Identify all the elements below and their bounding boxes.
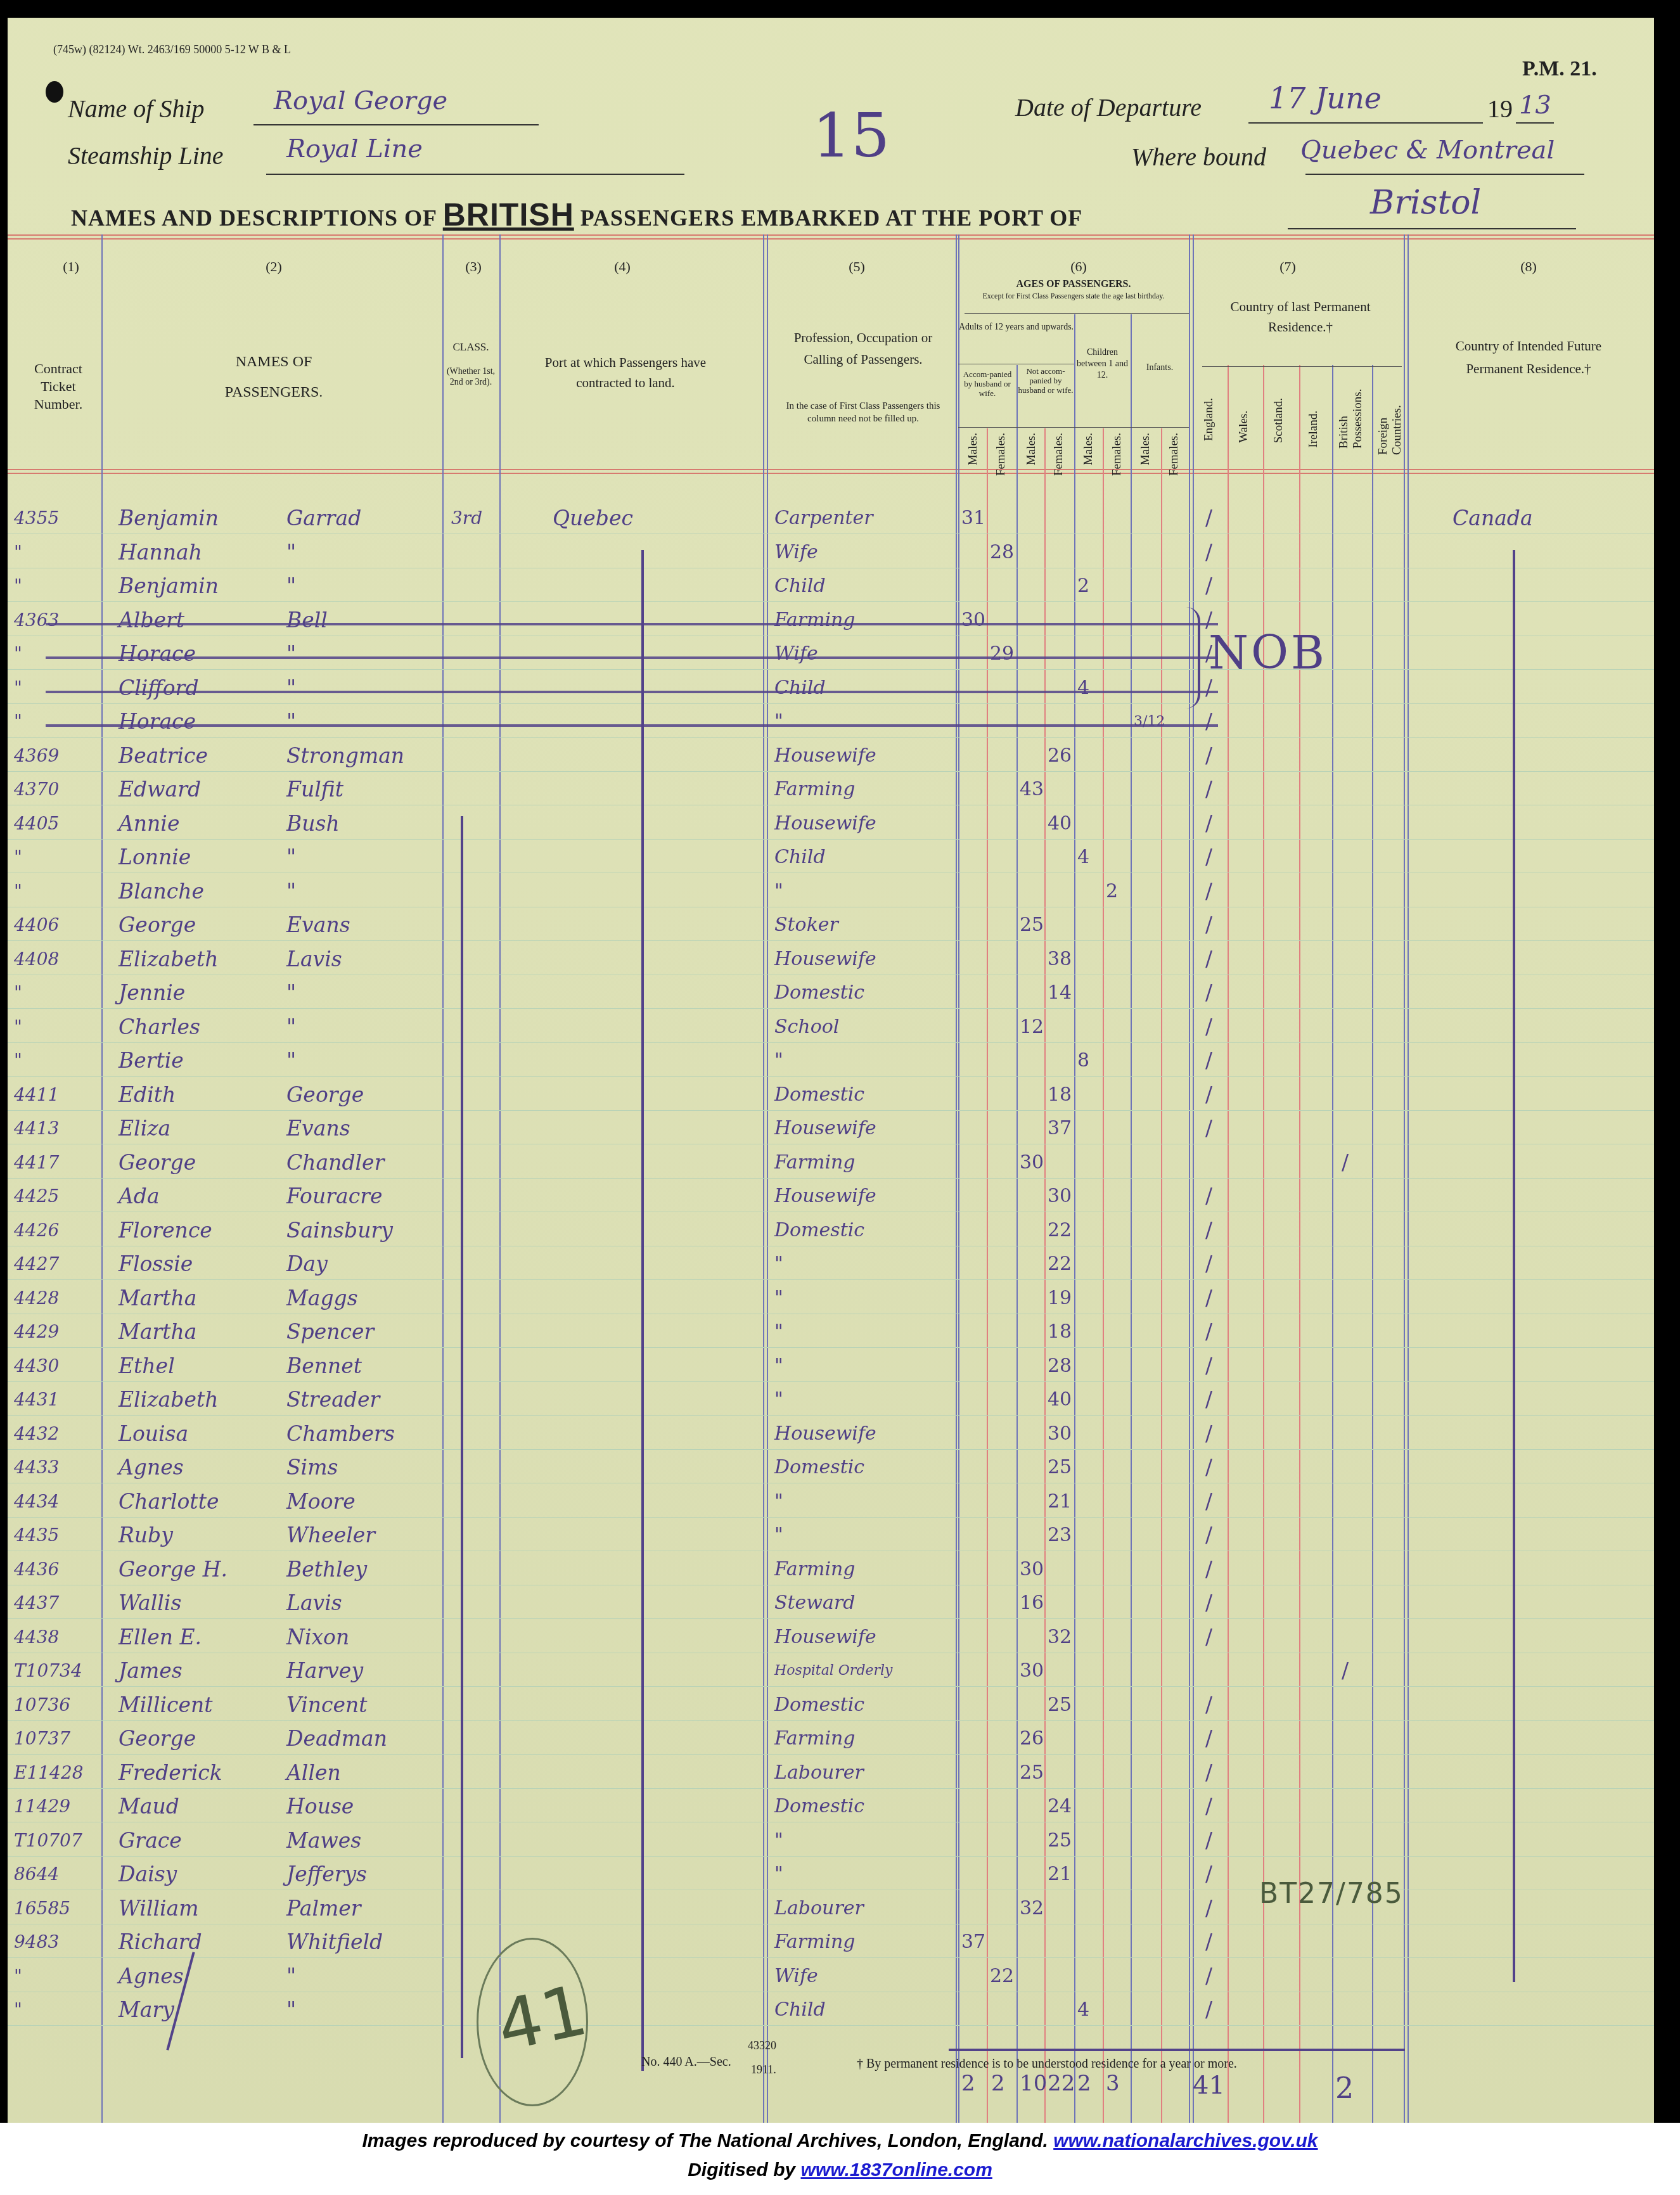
1837online-link[interactable]: www.1837online.com — [801, 2160, 992, 2180]
ticket-number: 9483 — [14, 1929, 59, 1955]
residence-mark: / — [1205, 743, 1212, 769]
occupation: " — [774, 1353, 783, 1379]
passenger-last-name: Harvey — [286, 1658, 363, 1684]
page-number-handwritten: 15 — [812, 100, 890, 171]
age-total: 2 — [991, 2071, 1005, 2096]
children-label: Children between 1 and 12. — [1074, 347, 1131, 381]
residence-mark: / — [1205, 709, 1212, 734]
passenger-first-name: Bertie — [119, 1048, 184, 1073]
passenger-last-name: Jefferys — [286, 1862, 367, 1887]
col7-rule — [1202, 366, 1402, 367]
age-sub-0: Males. — [966, 433, 980, 465]
ticket-number: 4432 — [14, 1421, 59, 1447]
passenger-age: 4 — [1077, 1997, 1089, 2023]
passenger-age: 25 — [1048, 1828, 1072, 1853]
col6-subtitle: Except for First Class Passengers state … — [961, 291, 1186, 301]
occupation: Wife — [774, 641, 818, 667]
passenger-age: 25 — [1048, 1455, 1072, 1480]
passenger-last-name: " — [286, 1014, 296, 1040]
residence-mark: / — [1205, 777, 1212, 802]
residence-mark: / — [1205, 1082, 1212, 1108]
passenger-last-name: Bennet — [286, 1353, 362, 1379]
passenger-last-name: " — [286, 845, 296, 870]
ditto-line-port — [641, 550, 644, 2071]
residence-mark: / — [1205, 540, 1212, 565]
row-rule — [8, 1856, 1654, 1857]
passenger-age: 30 — [1048, 1184, 1072, 1209]
occupation: " — [774, 1828, 783, 1853]
residence-mark: / — [1205, 1048, 1212, 1073]
passenger-age: 14 — [1048, 980, 1072, 1006]
passenger-last-name: " — [286, 980, 296, 1006]
row-rule — [8, 1720, 1654, 1721]
row-rule — [8, 636, 1654, 636]
age-rule — [1074, 314, 1075, 2123]
passenger-age: 30 — [1020, 1150, 1044, 1175]
row-rule — [8, 839, 1654, 840]
age-rule — [987, 428, 988, 2123]
name-of-ship-line — [253, 124, 539, 125]
circled-count-value: 41 — [490, 1969, 594, 2067]
ticket-number: 4425 — [14, 1184, 59, 1209]
col2-divider — [442, 234, 444, 2123]
passenger-last-name: Deadman — [286, 1726, 387, 1751]
age-sub-1: Females. — [994, 433, 1008, 476]
residence-mark: / — [1205, 947, 1212, 972]
col7-number: (7) — [1262, 259, 1313, 275]
occupation: Domestic — [774, 1082, 864, 1108]
occupation: Farming — [774, 777, 856, 802]
passenger-first-name: Jennie — [119, 980, 185, 1006]
occupation: Child — [774, 1997, 826, 2023]
row-rule — [8, 1992, 1654, 1992]
ticket-number: 4429 — [14, 1319, 59, 1345]
col5-label: Profession, Occupation or Calling of Pas… — [774, 327, 952, 370]
ticket-number: 16585 — [14, 1896, 70, 1921]
row-rule — [8, 1144, 1654, 1144]
strike-through — [46, 623, 1218, 625]
passenger-first-name: Agnes — [119, 1964, 184, 1989]
occupation: Housewife — [774, 1184, 876, 1209]
ditto-line-future — [1513, 550, 1515, 1982]
occupation: " — [774, 1862, 783, 1887]
passenger-age: 30 — [1020, 1658, 1044, 1684]
occupation: " — [774, 1489, 783, 1514]
residence-mark: / — [1205, 1455, 1212, 1480]
occupation: Farming — [774, 1150, 856, 1175]
passenger-last-name: House — [286, 1794, 354, 1819]
passenger-first-name: Martha — [119, 1286, 196, 1311]
passenger-age: 16 — [1020, 1590, 1044, 1616]
ticket-number: 4437 — [14, 1590, 59, 1616]
ticket-number: T10734 — [14, 1658, 82, 1684]
residence-mark: / — [1205, 1760, 1212, 1786]
col8-number: (8) — [1503, 259, 1554, 275]
ticket-number: 10737 — [14, 1726, 70, 1751]
occupation: School — [774, 1014, 839, 1040]
occupation: Wife — [774, 540, 818, 565]
occupation: Hospital Orderly — [774, 1658, 892, 1684]
res-sub-2: Scotland. — [1272, 398, 1286, 443]
row-rule — [8, 1618, 1654, 1619]
residence-mark: / — [1205, 1557, 1212, 1582]
row-rule — [8, 1042, 1654, 1043]
passenger-first-name: Elizabeth — [119, 947, 218, 972]
ticket-number: 4436 — [14, 1557, 59, 1582]
credits-line1-text: Images reproduced by courtesy of The Nat… — [362, 2130, 1048, 2151]
col7-label: Country of last Permanent Residence.† — [1199, 297, 1402, 337]
col3-number: (3) — [451, 259, 496, 275]
row-rule — [8, 1381, 1654, 1382]
passenger-first-name: Blanche — [119, 879, 204, 904]
passenger-first-name: Mary — [119, 1997, 174, 2023]
national-archives-link[interactable]: www.nationalarchives.gov.uk — [1053, 2130, 1318, 2151]
row-rule — [8, 1347, 1654, 1348]
age-rule — [1103, 428, 1104, 2123]
occupation: " — [774, 1523, 783, 1548]
passenger-first-name: James — [119, 1658, 183, 1684]
passenger-age: 21 — [1048, 1489, 1072, 1514]
passenger-last-name: Fouracre — [286, 1184, 382, 1209]
age-rule — [1044, 428, 1046, 2123]
occupation: Farming — [774, 1929, 856, 1955]
steamship-line-line — [266, 174, 684, 175]
age-sub-5: Females. — [1110, 433, 1124, 476]
passenger-first-name: Ethel — [119, 1353, 175, 1379]
passenger-last-name: Whitfield — [286, 1929, 383, 1955]
occupation: " — [774, 1319, 783, 1345]
age-sub-4: Males. — [1082, 433, 1096, 465]
occupation: Child — [774, 845, 826, 870]
ticket-number: " — [14, 1014, 22, 1040]
occupation: Housewife — [774, 1116, 876, 1141]
passenger-last-name: " — [286, 641, 296, 667]
ticket-number: 4433 — [14, 1455, 59, 1480]
age-total: 3 — [1106, 2071, 1120, 2096]
print-code: (745w) (82124) Wt. 2463/169 50000 5-12 W… — [53, 43, 291, 56]
col3-sub: (Whether 1st, 2nd or 3rd). — [444, 366, 498, 388]
passenger-age: 25 — [1020, 912, 1044, 938]
col6-divider-2 — [1193, 234, 1194, 2123]
passenger-last-name: Evans — [286, 912, 350, 938]
passenger-last-name: Bethley — [286, 1557, 367, 1582]
residence-mark: / — [1205, 1421, 1212, 1447]
occupation: Housewife — [774, 743, 876, 769]
ticket-number: 8644 — [14, 1862, 59, 1887]
passenger-last-name: Allen — [286, 1760, 341, 1786]
ticket-number: 4406 — [14, 912, 59, 938]
occupation: Domestic — [774, 1455, 864, 1480]
passenger-last-name: " — [286, 540, 296, 565]
residence-mark: / — [1205, 1387, 1212, 1412]
passenger-first-name: Horace — [119, 709, 196, 734]
date-of-departure-label: Date of Departure — [1015, 93, 1202, 122]
residence-mark: / — [1205, 1523, 1212, 1548]
age-total: 2 — [961, 2071, 975, 2096]
res-sub-4: British Possessions. — [1337, 373, 1369, 449]
ticket-number: 4405 — [14, 811, 59, 836]
res-rule — [1332, 365, 1333, 2123]
res-sub-1: Wales. — [1237, 411, 1251, 443]
passenger-last-name: Sainsbury — [286, 1218, 393, 1243]
row-rule — [8, 771, 1654, 772]
residence-mark: / — [1205, 573, 1212, 599]
row-rule — [8, 940, 1654, 941]
occupation: Labourer — [774, 1760, 864, 1786]
row-rule — [8, 1483, 1654, 1483]
date-of-departure-value: 17 June — [1269, 81, 1382, 115]
passenger-first-name: Horace — [119, 641, 196, 667]
strike-through — [46, 691, 1218, 693]
residence-mark: / — [1205, 1964, 1212, 1989]
passenger-first-name: Lonnie — [119, 845, 191, 870]
passenger-last-name: Fulfit — [286, 777, 343, 802]
row-rule — [8, 568, 1654, 568]
passenger-first-name: Elizabeth — [119, 1387, 218, 1412]
row-rule — [8, 1178, 1654, 1179]
col6-divider — [1189, 234, 1190, 2123]
col2-number: (2) — [248, 259, 299, 275]
occupation: Farming — [774, 1726, 856, 1751]
passenger-last-name: Strongman — [286, 743, 404, 769]
form-number: P.M. 21. — [1522, 57, 1597, 81]
nob-note: NOB — [1209, 626, 1327, 679]
total-british-possessions: 2 — [1335, 2071, 1354, 2105]
passenger-last-name: Lavis — [286, 1590, 342, 1616]
residence-mark: / — [1205, 1116, 1212, 1141]
row-rule — [8, 1585, 1654, 1585]
port-line — [1288, 228, 1576, 229]
name-of-ship-label: Name of Ship — [68, 94, 205, 124]
ticket-number: 4369 — [14, 743, 59, 769]
passenger-last-name: Maggs — [286, 1286, 358, 1311]
residence-mark: / — [1205, 1489, 1212, 1514]
passenger-first-name: Benjamin — [119, 506, 219, 531]
col5-number: (5) — [831, 259, 882, 275]
passenger-age: 3/12 — [1134, 709, 1165, 734]
ticket-number: 4435 — [14, 1523, 59, 1548]
passenger-last-name: Day — [286, 1251, 328, 1277]
ticket-number: " — [14, 641, 22, 667]
passenger-last-name: " — [286, 1048, 296, 1073]
passenger-first-name: Maud — [119, 1794, 179, 1819]
row-rule — [8, 737, 1654, 738]
passenger-last-name: " — [286, 709, 296, 734]
row-rule — [8, 1924, 1654, 1924]
col3-divider — [499, 234, 501, 2123]
passenger-age: 38 — [1048, 947, 1072, 972]
passenger-age: 23 — [1048, 1523, 1072, 1548]
row-rule — [8, 1314, 1654, 1314]
occupation: Housewife — [774, 947, 876, 972]
residence-mark: / — [1205, 1286, 1212, 1311]
age-sub-7: Females. — [1167, 433, 1181, 476]
col4-label: Port at which Passengers have contracted… — [521, 352, 730, 393]
archive-ref: BT27/785 — [1259, 1878, 1404, 1910]
passenger-last-name: Moore — [286, 1489, 356, 1514]
residence-mark: / — [1205, 1794, 1212, 1819]
residence-mark: / — [1205, 1014, 1212, 1040]
passenger-first-name: Wallis — [119, 1590, 181, 1616]
title-british: BRITISH — [443, 197, 574, 233]
residence-mark: / — [1205, 1625, 1212, 1650]
occupation: " — [774, 709, 783, 734]
row-rule — [8, 1110, 1654, 1111]
credits-line2: Digitised by www.1837online.com — [0, 2160, 1680, 2181]
footnote: † By permanent residence is to be unders… — [857, 2057, 1237, 2071]
residence-mark: / — [1205, 1929, 1212, 1955]
res-sub-5: Foreign Countries. — [1376, 385, 1402, 455]
ticket-number: 4434 — [14, 1489, 59, 1514]
credits-line2-text: Digitised by — [688, 2160, 795, 2180]
age-sub-2: Males. — [1025, 433, 1039, 465]
credits-line1: Images reproduced by courtesy of The Nat… — [0, 2130, 1680, 2152]
passenger-last-name: George — [286, 1082, 364, 1108]
passenger-first-name: Charlotte — [119, 1489, 219, 1514]
passenger-last-name: Garrad — [286, 506, 361, 531]
name-of-ship-value: Royal George — [274, 86, 447, 115]
passenger-age: 30 — [1020, 1557, 1044, 1582]
passenger-last-name: Wheeler — [286, 1523, 375, 1548]
passenger-age: 29 — [990, 641, 1014, 667]
ticket-number: 4363 — [14, 608, 59, 633]
row-rule — [8, 1517, 1654, 1518]
residence-mark: / — [1205, 845, 1212, 870]
passenger-age: 30 — [1048, 1421, 1072, 1447]
passenger-last-name: " — [286, 879, 296, 904]
adults-label: Adults of 12 years and upwards. — [958, 322, 1074, 333]
ticket-number: 4411 — [14, 1082, 59, 1108]
residence-mark: / — [1205, 879, 1212, 904]
occupation: " — [774, 1286, 783, 1311]
passenger-last-name: Spencer — [286, 1319, 374, 1345]
col5-divider — [956, 234, 957, 2123]
passenger-first-name: Albert — [119, 608, 184, 633]
passenger-first-name: Florence — [119, 1218, 212, 1243]
col6-rule — [965, 313, 1189, 314]
passenger-last-name: Bush — [286, 811, 340, 836]
passenger-first-name: Edward — [119, 777, 201, 802]
occupation: Domestic — [774, 1794, 864, 1819]
occupation: Farming — [774, 1557, 856, 1582]
passenger-first-name: Clifford — [119, 675, 199, 701]
passenger-age: 12 — [1020, 1014, 1044, 1040]
col1-divider — [101, 234, 103, 2123]
occupation: Domestic — [774, 1693, 864, 1718]
age-rule — [1131, 314, 1132, 2123]
passenger-age: 37 — [961, 1929, 985, 1955]
row-rule — [8, 1890, 1654, 1890]
col7-divider-2 — [1407, 234, 1409, 2123]
passenger-first-name: Louisa — [119, 1421, 188, 1447]
ticket-number: 4431 — [14, 1387, 59, 1412]
row-rule — [8, 1957, 1654, 1958]
passenger-first-name: Flossie — [119, 1251, 193, 1277]
row-rule — [8, 1212, 1654, 1212]
col5-note: In the case of First Class Passengers th… — [774, 400, 952, 425]
passenger-first-name: Edith — [119, 1082, 176, 1108]
passenger-last-name: Lavis — [286, 947, 342, 972]
passenger-age: 32 — [1048, 1625, 1072, 1650]
col1-number: (1) — [46, 259, 96, 275]
passenger-last-name: Evans — [286, 1116, 350, 1141]
passenger-age: 30 — [961, 608, 985, 633]
col7-divider — [1404, 234, 1405, 2123]
passenger-last-name: Chandler — [286, 1150, 384, 1175]
ticket-number: " — [14, 879, 22, 904]
occupation: Wife — [774, 1964, 818, 1989]
row-rule — [8, 1551, 1654, 1551]
ticket-number: 4428 — [14, 1286, 59, 1311]
passenger-age: 26 — [1048, 743, 1072, 769]
passenger-last-name: Palmer — [286, 1896, 361, 1921]
passenger-first-name: Grace — [119, 1828, 182, 1853]
totals-rule — [949, 2049, 1405, 2051]
row-rule — [8, 1279, 1654, 1280]
passenger-last-name: " — [286, 1964, 296, 1989]
ticket-number: 10736 — [14, 1693, 70, 1718]
occupation: Stoker — [774, 912, 838, 938]
passenger-first-name: George — [119, 912, 196, 938]
ticket-number: 4427 — [14, 1251, 59, 1277]
row-rule — [8, 2025, 1654, 2026]
passenger-age: 4 — [1077, 845, 1089, 870]
occupation: Farming — [774, 608, 856, 633]
residence-mark: / — [1205, 1353, 1212, 1379]
col1-label: Contract Ticket Number. — [20, 360, 96, 413]
ticket-number: 4417 — [14, 1150, 59, 1175]
row-rule — [8, 1788, 1654, 1789]
passenger-first-name: Beatrice — [119, 743, 208, 769]
passenger-last-name: " — [286, 1997, 296, 2023]
ticket-number: 4355 — [14, 506, 59, 531]
passenger-age: 40 — [1048, 811, 1072, 836]
res-sub-3: Ireland. — [1307, 411, 1321, 448]
col6-title: AGES OF PASSENGERS. — [958, 279, 1189, 290]
title-part2: PASSENGERS EMBARKED AT THE PORT OF — [580, 205, 1083, 231]
res-sub-0: England. — [1202, 398, 1216, 441]
occupation: Carpenter — [774, 506, 873, 531]
passenger-first-name: Benjamin — [119, 573, 219, 599]
occupation: Housewife — [774, 811, 876, 836]
passenger-last-name: Nixon — [286, 1625, 349, 1650]
passenger-first-name: Richard — [119, 1929, 202, 1955]
residence-mark: / — [1205, 1726, 1212, 1751]
passenger-first-name: Eliza — [119, 1116, 170, 1141]
passenger-age: 2 — [1077, 573, 1089, 599]
row-rule — [8, 805, 1654, 805]
passenger-first-name: Annie — [119, 811, 179, 836]
occupation: " — [774, 879, 783, 904]
passenger-age: 25 — [1048, 1693, 1072, 1718]
ticket-number: " — [14, 845, 22, 870]
passenger-age: 37 — [1048, 1116, 1072, 1141]
passenger-age: 22 — [990, 1964, 1014, 1989]
row-rule — [8, 703, 1654, 704]
residence-mark: / — [1205, 1218, 1212, 1243]
passenger-age: 28 — [990, 540, 1014, 565]
occupation: " — [774, 1048, 783, 1073]
age-total: 2 — [1077, 2071, 1091, 2096]
residence-mark: / — [1205, 1828, 1212, 1853]
ticket-number: " — [14, 1997, 22, 2023]
age-total: 22 — [1048, 2071, 1075, 2096]
occupation: Labourer — [774, 1896, 864, 1921]
passenger-last-name: Chambers — [286, 1421, 395, 1447]
col4-number: (4) — [597, 259, 648, 275]
age-sub-rule — [958, 427, 1189, 428]
col2-label2: PASSENGERS. — [166, 384, 382, 401]
